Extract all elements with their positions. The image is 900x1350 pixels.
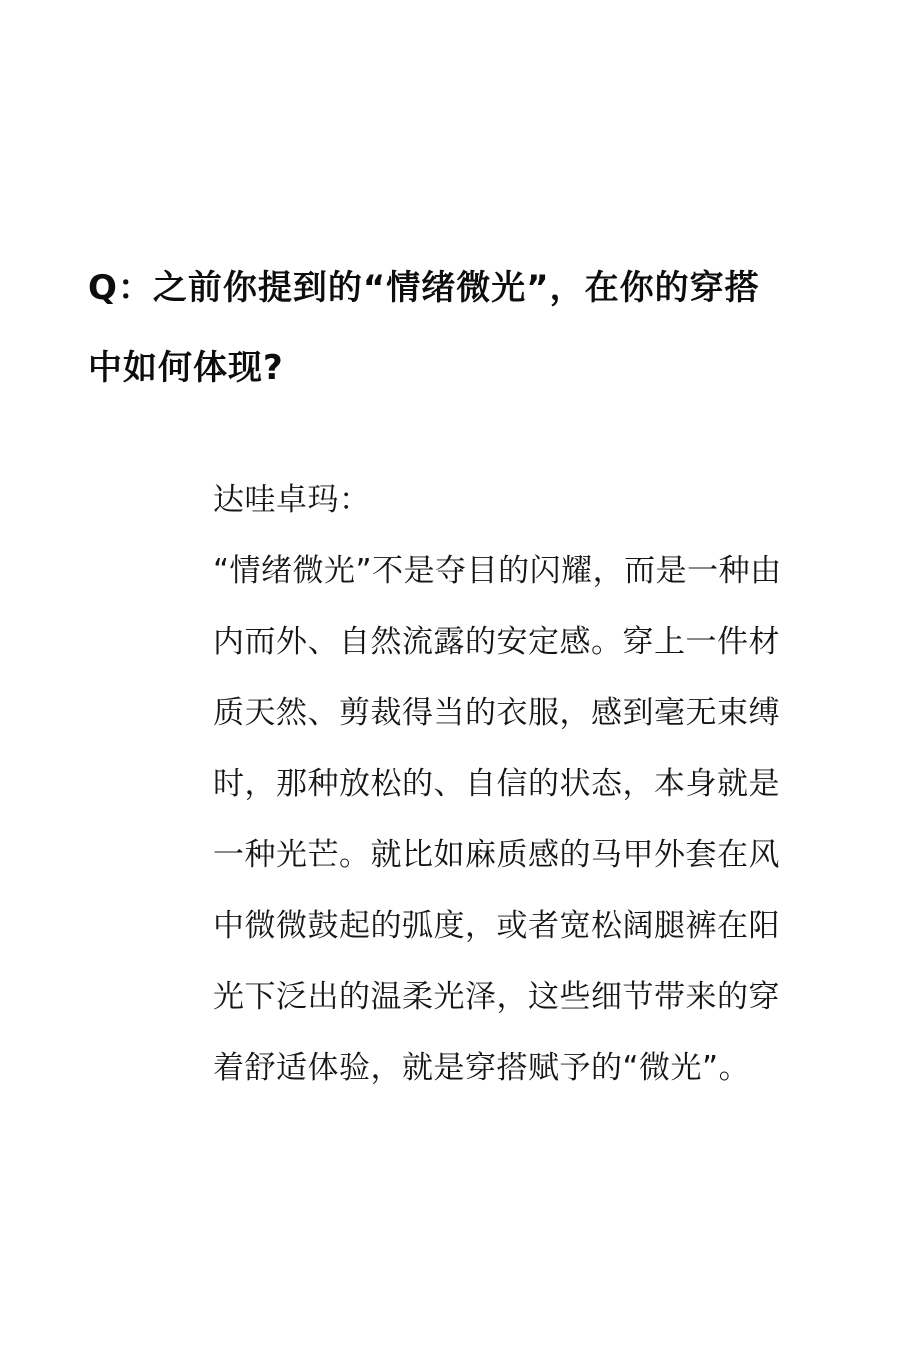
answer-line-2: 内而外、自然流露的安定感。穿上一件材 — [213, 607, 823, 678]
answer-line-6: 中微微鼓起的弧度，或者宽松阔腿裤在阳 — [213, 891, 823, 962]
answer-block: 达哇卓玛： “情绪微光”不是夺目的闪耀，而是一种由 内而外、自然流露的安定感。穿… — [213, 465, 823, 1104]
answer-paragraph: “情绪微光”不是夺目的闪耀，而是一种由 内而外、自然流露的安定感。穿上一件材 质… — [213, 536, 823, 1104]
question-heading: Q：之前你提到的“情绪微光”，在你的穿搭 中如何体现? — [88, 248, 818, 408]
answer-line-8: 着舒适体验，就是穿搭赋予的“微光”。 — [213, 1033, 823, 1104]
answer-line-1: “情绪微光”不是夺目的闪耀，而是一种由 — [213, 536, 823, 607]
answer-line-5: 一种光芒。就比如麻质感的马甲外套在风 — [213, 820, 823, 891]
question-line-2: 中如何体现? — [88, 328, 818, 408]
answer-line-4: 时，那种放松的、自信的状态，本身就是 — [213, 749, 823, 820]
answer-line-3: 质天然、剪裁得当的衣服，感到毫无束缚 — [213, 678, 823, 749]
speaker-name: 达哇卓玛： — [213, 465, 823, 536]
answer-line-7: 光下泛出的温柔光泽，这些细节带来的穿 — [213, 962, 823, 1033]
question-line-1: Q：之前你提到的“情绪微光”，在你的穿搭 — [88, 248, 818, 328]
